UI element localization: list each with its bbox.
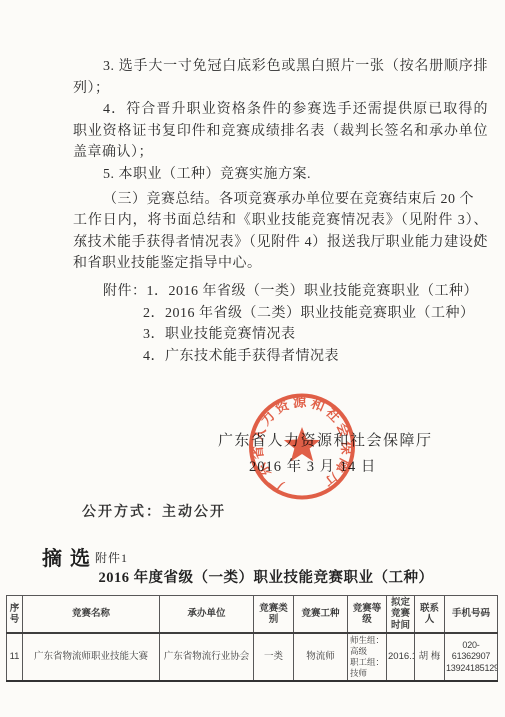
header-category: 竞赛类别 [254,596,294,634]
body-line: 工作日内，将书面总结和《职业技能竞赛情况表》（见附件 3）、《广 [73,210,488,232]
scanned-document-page: { "document": { "body_lines": [ { "text"… [0,0,505,717]
attachment-list-item: 2．2016 年省级（二类）职业技能竞赛职业（工种） [73,303,488,325]
body-line: 列）； [73,78,488,100]
header-planned-time: 拟定竞赛 时间 [387,596,415,634]
document-body-text: 3. 选手大一寸免冠白底彩色或黑白照片一张（按名册顺序排 列）； 4．符合晋升职… [73,56,488,367]
body-line: 4．符合晋升职业资格条件的参赛选手还需提供原已取得的 [73,99,488,121]
cell-phone: 020-61362907 13924185129 [445,633,498,681]
cell-serial-no: 11 [7,633,23,681]
cell-planned-time: 2016.11 [387,633,415,681]
attachment-list-item: 附件：1．2016 年省级（一类）职业技能竞赛职业（工种） [73,281,488,303]
body-line: 东技术能手获得者情况表》（见附件 4）报送我厅职业能力建设处 [73,232,488,254]
header-trade: 竞赛工种 [294,596,348,634]
attachment-table: 序号 竞赛名称 承办单位 竞赛类别 竞赛工种 竞赛等级 拟定竞赛 时间 联系人 … [6,595,498,682]
table-header-row: 序号 竞赛名称 承办单位 竞赛类别 竞赛工种 竞赛等级 拟定竞赛 时间 联系人 … [7,596,498,634]
header-contact: 联系人 [415,596,445,634]
body-line: 5. 本职业（工种）竞赛实施方案. [73,164,488,186]
cell-contact: 胡 梅 [415,633,445,681]
attachment-ref-label: 附件1 [95,549,128,566]
cell-competition-name: 广东省物流师职业技能大赛 [23,633,160,681]
signature-date: 2016 年 3 月 14 日 [249,455,376,476]
cell-grade: 师生组：高级 职工组：技师 [348,633,387,681]
header-organizer: 承办单位 [160,596,254,634]
header-phone: 手机号码 [445,596,498,634]
attachment-list-item: 3．职业技能竞赛情况表 [73,324,488,346]
body-line: 盖章确认）； [73,142,488,164]
cell-trade: 物流师 [294,633,348,681]
attachment-table-title: 2016 年度省级（一类）职业技能竞赛职业（工种） [40,566,492,587]
table-row: 11 广东省物流师职业技能大赛 广东省物流行业协会 一类 物流师 师生组：高级 … [7,633,498,681]
body-line: 职业资格证书复印件和竞赛成绩排名表（裁判长签名和承办单位 [73,121,488,143]
header-grade: 竞赛等级 [348,596,387,634]
body-line: 3. 选手大一寸免冠白底彩色或黑白照片一张（按名册顺序排 [73,56,488,78]
body-line: （三）竞赛总结。各项竞赛承办单位要在竞赛结束后 20 个 [73,189,488,211]
cell-organizer: 广东省物流行业协会 [160,633,254,681]
signature-organization: 广东省人力资源和社会保障厅 [218,429,433,450]
publication-method: 公开方式：主动公开 [82,501,226,521]
cell-category: 一类 [254,633,294,681]
header-competition-name: 竞赛名称 [23,596,160,634]
attachment-list-item: 4．广东技术能手获得者情况表 [73,346,488,368]
body-line: 和省职业技能鉴定指导中心。 [73,253,488,275]
header-serial-no: 序号 [7,596,23,634]
